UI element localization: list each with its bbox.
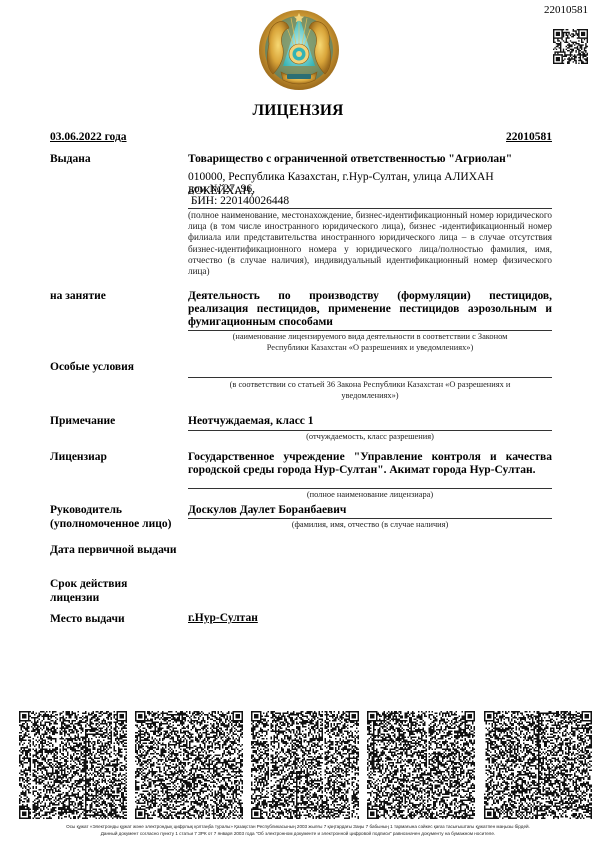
licensor-hint: (полное наименование лицензиара) xyxy=(188,490,552,501)
validity-label-line1: Срок действия xyxy=(50,577,127,591)
license-number: 22010581 xyxy=(506,131,552,143)
activity-hint-line1: (наименование лицензируемого вида деятел… xyxy=(188,332,552,343)
note-label: Примечание xyxy=(50,414,115,428)
note-hint: (отчуждаемость, класс разрешения) xyxy=(188,432,552,443)
license-date: 03.06.2022 года xyxy=(50,131,127,143)
activity-hint-line2: Республики Казахстан «О разрешениях и ув… xyxy=(188,343,552,354)
place-of-issue-value: г.Нур-Султан xyxy=(188,612,258,624)
divider xyxy=(188,330,552,331)
qr-code-4-icon xyxy=(367,711,475,819)
qr-code-icon xyxy=(553,29,588,64)
qr-code-5-icon xyxy=(484,711,592,819)
issued-to-label: Выдана xyxy=(50,152,91,166)
qr-code-1-icon xyxy=(19,711,127,819)
activity-label: на занятие xyxy=(50,289,106,303)
special-conditions-hint-line1: (в соответствии со статьей 36 Закона Рес… xyxy=(188,380,552,391)
licensor-line2: городской среды города Нур-Султан". Аким… xyxy=(188,463,552,477)
state-emblem-icon xyxy=(255,4,343,92)
issued-to-hint: (полное наименование, местонахождение, б… xyxy=(188,210,552,277)
divider xyxy=(188,377,552,378)
validity-label-line2: лицензии xyxy=(50,591,99,605)
document-number-top: 22010581 xyxy=(544,4,588,16)
licensee-bin: БИН: 220140026448 xyxy=(188,194,552,208)
qr-code-3-icon xyxy=(251,711,359,819)
licensee-name: Товарищество с ограниченной ответственно… xyxy=(188,152,552,166)
footer-legal-kz: Осы құжат «Электронды құжат және электро… xyxy=(0,824,596,830)
divider xyxy=(188,430,552,431)
activity-line1: Деятельность по производству (формуляции… xyxy=(188,289,552,303)
licensor-line1: Государственное учреждение "Управление к… xyxy=(188,450,552,464)
page-title: ЛИЦЕНЗИЯ xyxy=(0,102,596,120)
divider xyxy=(188,518,552,519)
special-conditions-label: Особые условия xyxy=(50,360,134,374)
qr-code-2-icon xyxy=(135,711,243,819)
place-of-issue-label: Место выдачи xyxy=(50,612,125,626)
licensor-label: Лицензиар xyxy=(50,450,107,464)
divider xyxy=(188,488,552,489)
activity-line3: фумигационным способами xyxy=(188,315,552,329)
head-value: Доскулов Даулет Боранбаевич xyxy=(188,503,552,517)
first-issue-date-label: Дата первичной выдачи xyxy=(50,543,177,557)
divider xyxy=(188,208,552,209)
footer-legal-ru: Данный документ согласно пункту 1 статьи… xyxy=(0,831,596,837)
special-conditions-hint-line2: уведомлениях») xyxy=(188,391,552,402)
head-label-line2: (уполномоченное лицо) xyxy=(50,517,171,531)
note-value: Неотчуждаемая, класс 1 xyxy=(188,414,552,428)
head-label-line1: Руководитель xyxy=(50,503,122,517)
head-hint: (фамилия, имя, отчество (в случае наличи… xyxy=(188,520,552,531)
activity-line2: реализация пестицидов, применение пестиц… xyxy=(188,302,552,316)
